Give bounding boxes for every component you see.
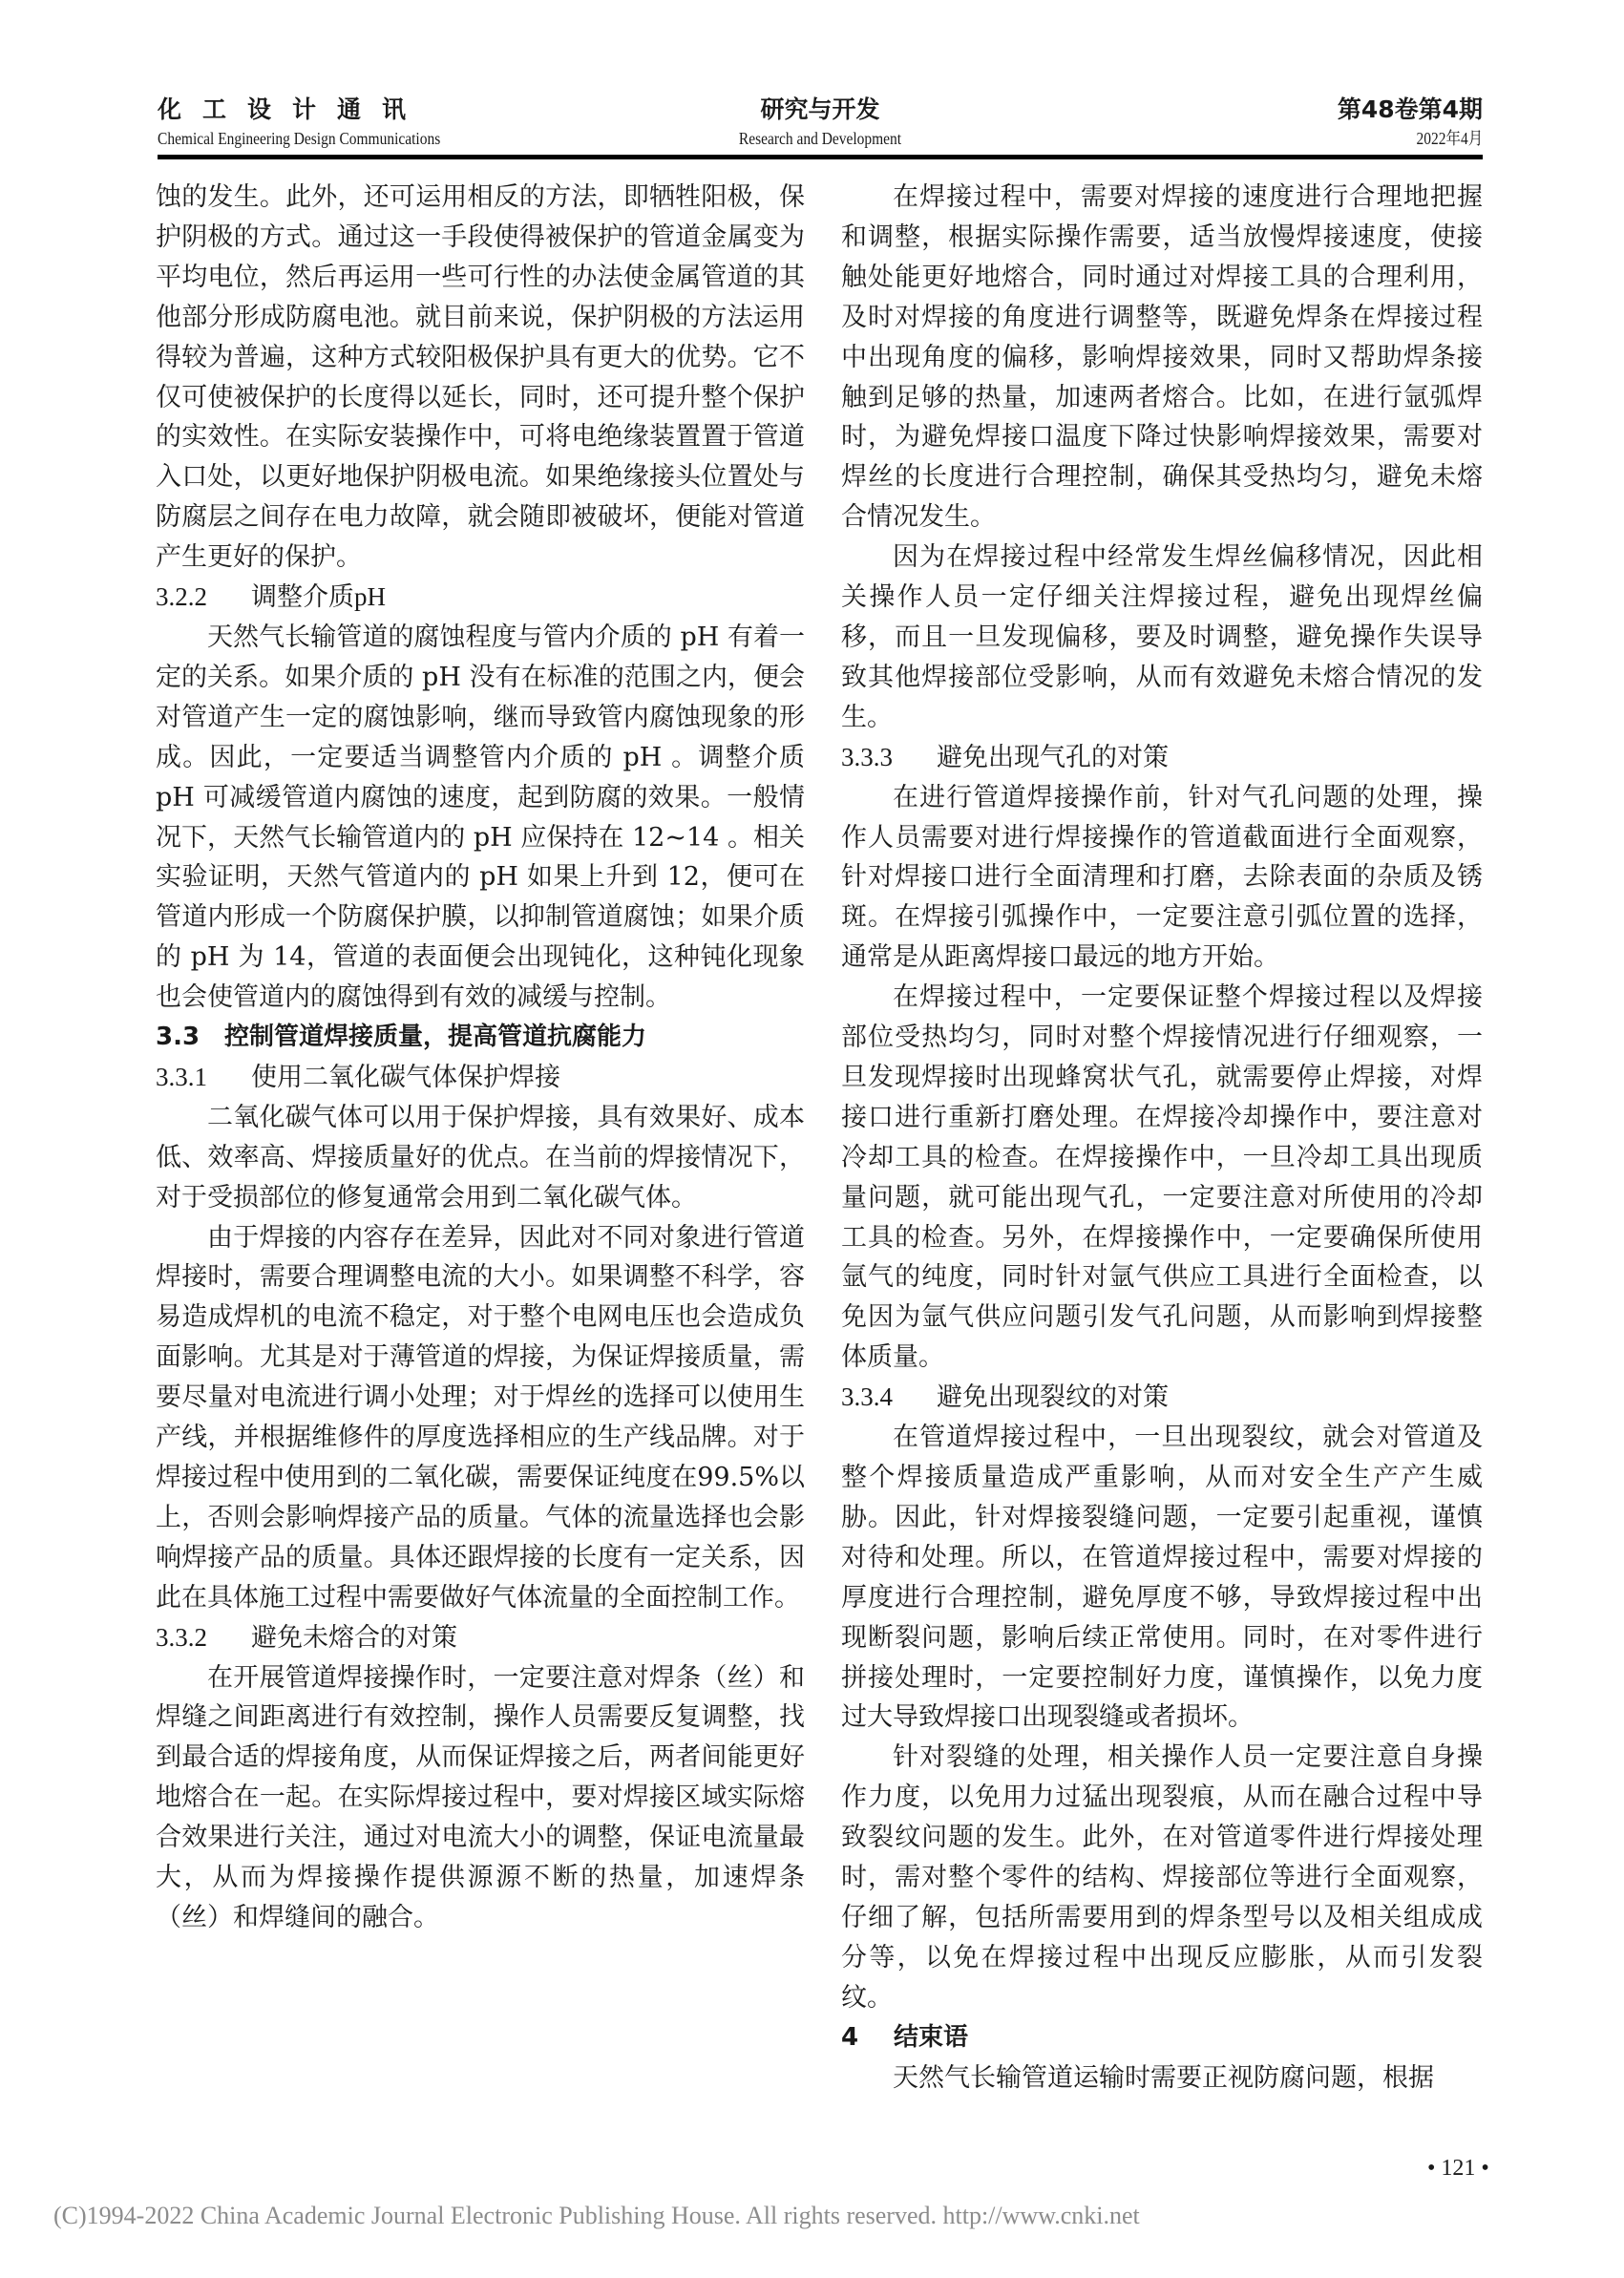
- paragraph: 在焊接过程中，一定要保证整个焊接过程以及焊接部位受热均匀，同时对整个焊接情况进行…: [841, 978, 1483, 1378]
- header-rule: [158, 155, 1483, 159]
- heading-title: 控制管道焊接质量，提高管道抗腐能力: [224, 1023, 646, 1051]
- left-column: 蚀的发生。此外，还可运用相反的方法，即牺牲阳极，保护阴极的方式。通过这一手段使得…: [156, 178, 805, 1938]
- heading-title: 避免出现气孔的对策: [937, 743, 1169, 771]
- heading-3-3-2: 3.3.2避免未熔合的对策: [156, 1618, 805, 1658]
- heading-3-3-4: 3.3.4避免出现裂纹的对策: [841, 1378, 1483, 1418]
- right-column: 在焊接过程中，需要对焊接的速度进行合理地把握和调整，根据实际操作需要，适当放慢焊…: [841, 178, 1483, 2099]
- heading-title: 结束语: [894, 2023, 968, 2052]
- page-number: • 121 •: [1427, 2156, 1489, 2182]
- heading-title: 调整介质pH: [251, 582, 386, 611]
- section-title-en: Research and Development: [250, 126, 1390, 151]
- paragraph: 针对裂缝的处理，相关操作人员一定要注意自身操作力度，以免用力过猛出现裂痕，从而在…: [841, 1738, 1483, 2017]
- issue-block: 第48卷第4期 2022年4月: [1338, 94, 1483, 151]
- paragraph: 因为在焊接过程中经常发生焊丝偏移情况，因此相关操作人员一定仔细关注焊接过程，避免…: [841, 538, 1483, 738]
- heading-number: 3.2.2: [156, 578, 251, 618]
- heading-3-2-2: 3.2.2调整介质pH: [156, 578, 805, 618]
- heading-title: 使用二氧化碳气体保护焊接: [251, 1063, 560, 1091]
- paragraph: 在焊接过程中，需要对焊接的速度进行合理地把握和调整，根据实际操作需要，适当放慢焊…: [841, 178, 1483, 538]
- paragraph: 由于焊接的内容存在差异，因此对不同对象进行管道焊接时，需要合理调整电流的大小。如…: [156, 1218, 805, 1618]
- paragraph: 天然气长输管道的腐蚀程度与管内介质的 pH 有着一定的关系。如果介质的 pH 没…: [156, 618, 805, 1018]
- issue-date: 2022年4月: [1358, 126, 1483, 151]
- heading-number: 3.3: [156, 1018, 224, 1058]
- issue-number: 第48卷第4期: [1338, 94, 1483, 126]
- paragraph: 天然气长输管道运输时需要正视防腐问题，根据: [841, 2058, 1483, 2099]
- heading-3-3-1: 3.3.1使用二氧化碳气体保护焊接: [156, 1058, 805, 1098]
- paragraph: 二氧化碳气体可以用于保护焊接，具有效果好、成本低、效率高、焊接质量好的优点。在当…: [156, 1098, 805, 1218]
- section-title-cn: 研究与开发: [158, 94, 1483, 126]
- heading-4: 4结束语: [841, 2018, 1483, 2058]
- heading-3-3-3: 3.3.3避免出现气孔的对策: [841, 738, 1483, 778]
- heading-number: 4: [841, 2018, 894, 2058]
- page-header: 化工设计通讯 Chemical Engineering Design Commu…: [158, 94, 1483, 160]
- heading-number: 3.3.3: [841, 738, 937, 778]
- section-title-block: 研究与开发 Research and Development: [158, 94, 1483, 151]
- heading-title: 避免出现裂纹的对策: [937, 1382, 1169, 1411]
- heading-3-3: 3.3控制管道焊接质量，提高管道抗腐能力: [156, 1018, 805, 1058]
- heading-number: 3.3.4: [841, 1378, 937, 1418]
- paragraph: 在进行管道焊接操作前，针对气孔问题的处理，操作人员需要对进行焊接操作的管道截面进…: [841, 778, 1483, 979]
- heading-title: 避免未熔合的对策: [251, 1623, 457, 1652]
- heading-number: 3.3.1: [156, 1058, 251, 1098]
- copyright-notice: (C)1994-2022 China Academic Journal Elec…: [53, 2202, 1140, 2230]
- heading-number: 3.3.2: [156, 1618, 251, 1658]
- paragraph: 在开展管道焊接操作时，一定要注意对焊条（丝）和焊缝之间距离进行有效控制，操作人员…: [156, 1658, 805, 1938]
- paragraph: 在管道焊接过程中，一旦出现裂纹，就会对管道及整个焊接质量造成严重影响，从而对安全…: [841, 1418, 1483, 1738]
- paragraph: 蚀的发生。此外，还可运用相反的方法，即牺牲阳极，保护阴极的方式。通过这一手段使得…: [156, 178, 805, 578]
